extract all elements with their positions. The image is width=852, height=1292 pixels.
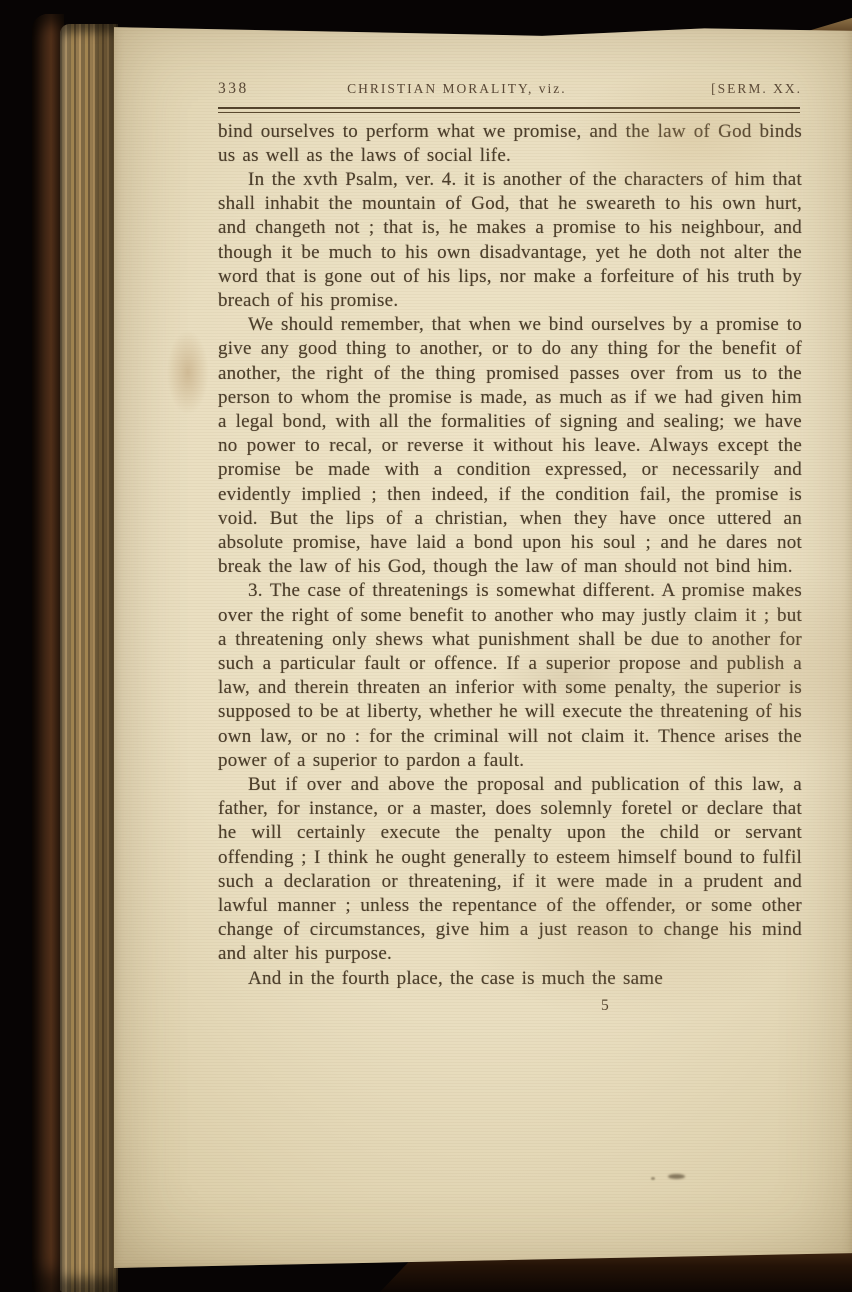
page-header: 338 CHRISTIAN MORALITY, viz. [SERM. XX. [218,80,802,98]
ink-smudge-small [651,1177,655,1180]
ink-smudge [668,1174,685,1179]
body-paragraph: But if over and above the proposal and p… [218,773,802,967]
body-paragraph: We should remember, that when we bind ou… [218,313,802,579]
page-footer: 5 [218,997,802,1015]
page-stack-fore-edge [60,24,118,1292]
body-paragraph: In the xvth Psalm, ver. 4. it is another… [218,168,802,313]
running-title: CHRISTIAN MORALITY, viz. [249,81,711,97]
book-scan-photo: 338 CHRISTIAN MORALITY, viz. [SERM. XX. … [0,0,852,1292]
body-paragraph: And in the fourth place, the case is muc… [218,967,802,991]
body-paragraph: bind ourselves to perform what we promis… [218,120,802,168]
book-page: 338 CHRISTIAN MORALITY, viz. [SERM. XX. … [114,24,852,1268]
page-number: 338 [218,80,249,98]
page-body: bind ourselves to perform what we promis… [218,120,802,991]
section-marker: [SERM. XX. [711,81,802,97]
signature-mark: 5 [218,997,609,1014]
header-double-rule [218,107,800,113]
body-paragraph: 3. The case of threatenings is somewhat … [218,579,802,773]
